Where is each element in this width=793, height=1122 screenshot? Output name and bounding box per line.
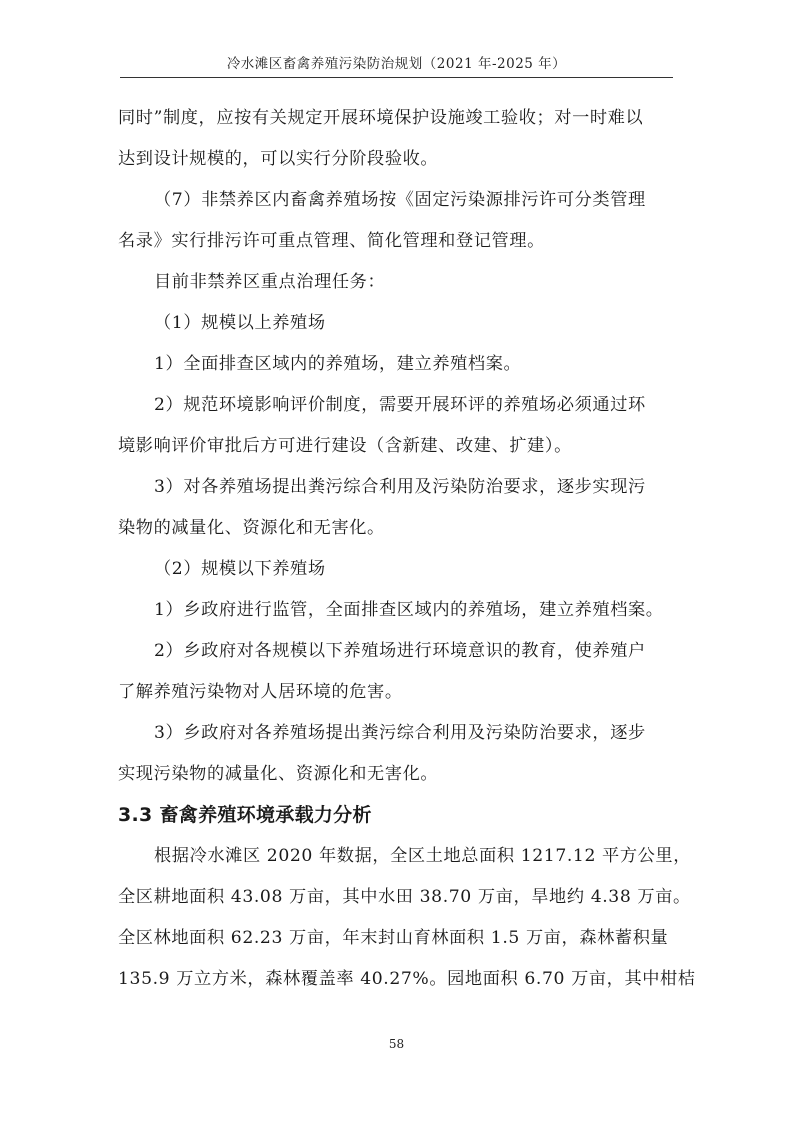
section-heading: 3.3 畜禽养殖环境承载力分析	[118, 795, 674, 836]
list-item-continuation: 染物的减量化、资源化和无害化。	[118, 508, 674, 549]
paragraph-line: （7）非禁养区内畜禽养殖场按《固定污染源排污许可分类管理	[118, 180, 674, 221]
paragraph-line: 达到设计规模的，可以实行分阶段验收。	[118, 139, 674, 180]
paragraph-line: 根据冷水滩区 2020 年数据，全区土地总面积 1217.12 平方公里，	[118, 836, 674, 877]
paragraph-line: 目前非禁养区重点治理任务：	[118, 262, 674, 303]
paragraph-line: 同时”制度，应按有关规定开展环境保护设施竣工验收；对一时难以	[118, 98, 674, 139]
list-item-continuation: 境影响评价审批后方可进行建设（含新建、改建、扩建）。	[118, 426, 674, 467]
list-item: 2）乡政府对各规模以下养殖场进行环境意识的教育，使养殖户	[118, 631, 674, 672]
document-body: 同时”制度，应按有关规定开展环境保护设施竣工验收；对一时难以 达到设计规模的，可…	[118, 98, 674, 1000]
paragraph-line: 全区耕地面积 43.08 万亩，其中水田 38.70 万亩，旱地约 4.38 万…	[118, 877, 674, 918]
list-item-continuation: 实现污染物的减量化、资源化和无害化。	[118, 754, 674, 795]
list-item: 1）乡政府进行监管，全面排查区域内的养殖场，建立养殖档案。	[118, 590, 674, 631]
paragraph-line: 全区林地面积 62.23 万亩，年末封山育林面积 1.5 万亩，森林蓄积量	[118, 918, 674, 959]
paragraph-line: 名录》实行排污许可重点管理、简化管理和登记管理。	[118, 221, 674, 262]
list-item: 1）全面排查区域内的养殖场，建立养殖档案。	[118, 344, 674, 385]
header-rule	[120, 77, 673, 78]
page-number: 58	[0, 1037, 793, 1051]
list-item-continuation: 了解养殖污染物对人居环境的危害。	[118, 672, 674, 713]
running-header: 冷水滩区畜禽养殖污染防治规划（2021 年-2025 年）	[120, 52, 673, 72]
list-heading: （1）规模以上养殖场	[118, 303, 674, 344]
list-item: 2）规范环境影响评价制度，需要开展环评的养殖场必须通过环	[118, 385, 674, 426]
list-item: 3）乡政府对各养殖场提出粪污综合利用及污染防治要求，逐步	[118, 713, 674, 754]
list-item: 3）对各养殖场提出粪污综合利用及污染防治要求，逐步实现污	[118, 467, 674, 508]
paragraph-line: 135.9 万立方米，森林覆盖率 40.27%。园地面积 6.70 万亩，其中柑…	[118, 959, 674, 1000]
list-heading: （2）规模以下养殖场	[118, 549, 674, 590]
